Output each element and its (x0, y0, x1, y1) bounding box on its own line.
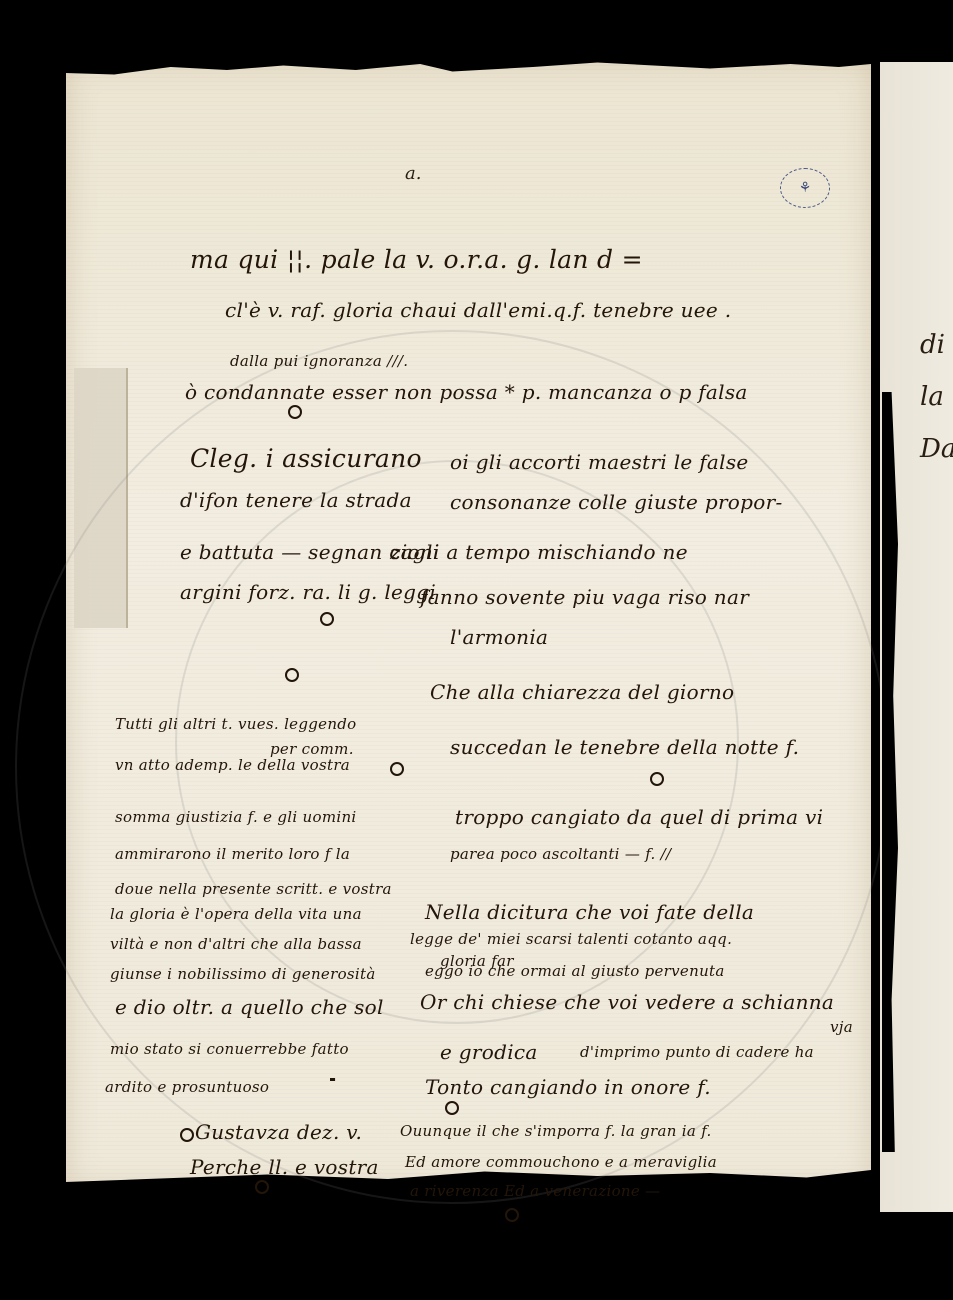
manuscript-line: Tonto cangiando in onore f. (425, 1075, 711, 1099)
manuscript-line: mio stato si conuerrebbe fatto (110, 1040, 349, 1058)
manuscript-line: Ouunque il che s'imporra f. la gran ia f… (400, 1122, 712, 1140)
manuscript-line: somma giustizia f. e gli uomini (115, 808, 357, 826)
pen-loop-mark (445, 1101, 459, 1115)
manuscript-line: vja (830, 1018, 853, 1036)
manuscript-line: Or chi chiese che voi vedere a schianna (420, 990, 834, 1014)
manuscript-line: e grodica (440, 1040, 538, 1064)
manuscript-line: ardito e prosuntuoso (105, 1078, 269, 1096)
manuscript-line: legge de' miei scarsi talenti cotanto aq… (410, 930, 732, 948)
manuscript-line: zioni a tempo mischiando ne (390, 540, 688, 564)
pen-loop-mark (505, 1208, 519, 1222)
manuscript-line: Che alla chiarezza del giorno (430, 680, 734, 704)
manuscript-line: e dio oltr. a quello che sol (115, 995, 384, 1019)
manuscript-line: fanno sovente piu vaga riso nar (420, 585, 749, 609)
pen-loop-mark (650, 772, 664, 786)
manuscript-line: d'ifon tenere la strada (180, 488, 412, 512)
pen-loop-mark (180, 1128, 194, 1142)
pen-loop-mark (288, 405, 302, 419)
manuscript-line: parea poco ascoltanti — f. // (450, 845, 671, 863)
facing-page-fragment: la (920, 382, 944, 412)
manuscript-line: a riverenza Ed a venerazione — (410, 1182, 660, 1200)
manuscript-line: vn atto ademp. le della vostra (115, 756, 350, 774)
manuscript-line: viltà e non d'altri che alla bassa (110, 935, 362, 953)
manuscript-line: ma qui ¦¦. pale la v. o.r.a. g. lan d = (190, 245, 643, 274)
folio-mark: a. (405, 163, 421, 184)
facing-page-fragment: di (920, 330, 945, 360)
manuscript-line: ò condannate esser non possa * p. mancan… (185, 380, 748, 404)
manuscript-line: l'armonia (450, 625, 548, 649)
pen-loop-mark (390, 762, 404, 776)
manuscript-line: doue nella presente scritt. e vostra (115, 880, 392, 898)
manuscript-line: Nella dicitura che voi fate della (425, 900, 754, 924)
page-gap (882, 392, 898, 1152)
manuscript-line: dalla pui ignoranza ///. (230, 352, 408, 370)
manuscript-line: argini forz. ra. li g. leggi (180, 580, 436, 604)
manuscript-line: giunse i nobilissimo di generosità (110, 965, 376, 983)
library-stamp-icon: ⚘ (780, 168, 830, 208)
manuscript-line: succedan le tenebre della notte f. (450, 735, 799, 759)
stamp-glyph: ⚘ (799, 180, 812, 196)
manuscript-line: Ed amore commouchono e a meraviglia (405, 1153, 717, 1171)
manuscript-line: la gloria è l'opera della vita una (110, 905, 362, 923)
manuscript-line: cl'è v. raf. gloria chaui dall'emi.q.f. … (225, 298, 731, 322)
manuscript-line: consonanze colle giuste propor- (450, 490, 783, 514)
manuscript-line: d'imprimo punto di cadere ha (580, 1043, 814, 1061)
manuscript-line: eggo io che ormai al giusto pervenuta (425, 962, 725, 980)
manuscript-line: Cleg. i assicurano (190, 444, 422, 473)
manuscript-line: troppo cangiato da quel di prima vi (455, 805, 823, 829)
manuscript-line: Perche ll. e vostra (190, 1155, 379, 1179)
pen-loop-mark (255, 1180, 269, 1194)
manuscript-line: Gustavza dez. v. (195, 1120, 362, 1144)
manuscript-line: ammirarono il merito loro f la (115, 845, 350, 863)
manuscript-line: oi gli accorti maestri le false (450, 450, 749, 474)
facing-page-fragment: Da (920, 434, 953, 464)
manuscript-line: Tutti gli altri t. vues. leggendo (115, 715, 357, 733)
facing-page: di la Da (880, 62, 953, 1212)
pen-loop-mark (320, 612, 334, 626)
pen-loop-mark (285, 668, 299, 682)
